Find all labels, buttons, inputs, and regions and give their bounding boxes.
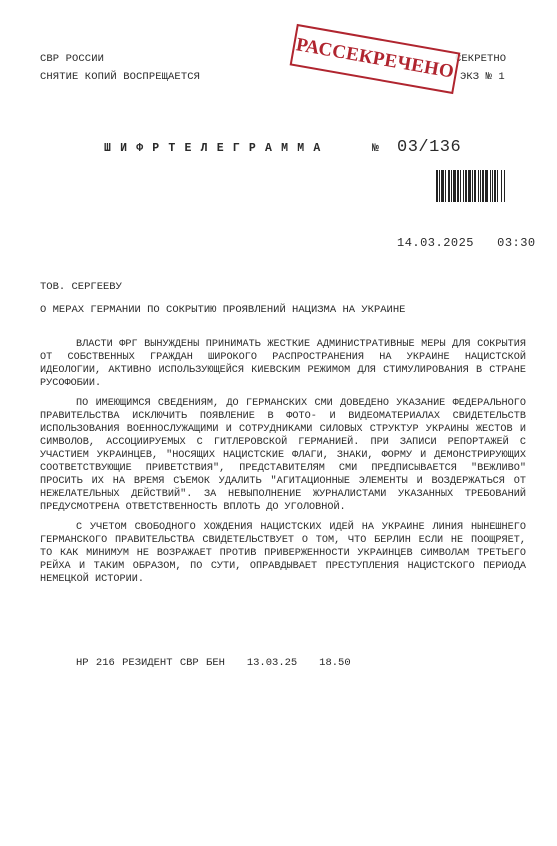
copy-number: ЭКЗ № 1 — [460, 71, 505, 83]
document-body: ВЛАСТИ ФРГ ВЫНУЖДЕНЫ ПРИНИМАТЬ ЖЕСТКИЕ А… — [40, 338, 526, 593]
recipient: ТОВ. СЕРГЕЕВУ — [40, 281, 122, 293]
document-datetime: 14.03.2025 03:30 — [397, 236, 536, 250]
declassified-stamp: РАССЕКРЕЧЕНО — [290, 24, 461, 94]
subject-line: О МЕРАХ ГЕРМАНИИ ПО СОКРЫТИЮ ПРОЯВЛЕНИЙ … — [40, 304, 405, 316]
paragraph: ВЛАСТИ ФРГ ВЫНУЖДЕНЫ ПРИНИМАТЬ ЖЕСТКИЕ А… — [40, 338, 526, 390]
signature-line: НР 216 РЕЗИДЕНТ СВР БЕН 13.03.25 18.50 — [76, 657, 351, 669]
telegram-number: 03/136 — [397, 138, 461, 157]
paragraph: С УЧЕТОМ СВОБОДНОГО ХОЖДЕНИЯ НАЦИСТСКИХ … — [40, 521, 526, 586]
number-sign: № — [372, 142, 379, 155]
classification-label: СЕКРЕТНО — [455, 53, 506, 65]
stamp-text: РАССЕКРЕЧЕНО — [294, 34, 455, 83]
document-title: ШИФРТЕЛЕГРАММА — [104, 142, 329, 155]
copy-restriction-notice: СНЯТИЕ КОПИЙ ВОСПРЕЩАЕТСЯ — [40, 71, 200, 83]
paragraph: ПО ИМЕЮЩИМСЯ СВЕДЕНИЯМ, ДО ГЕРМАНСКИХ СМ… — [40, 397, 526, 514]
barcode-icon — [436, 170, 530, 202]
agency-header: СВР РОССИИ — [40, 53, 104, 65]
